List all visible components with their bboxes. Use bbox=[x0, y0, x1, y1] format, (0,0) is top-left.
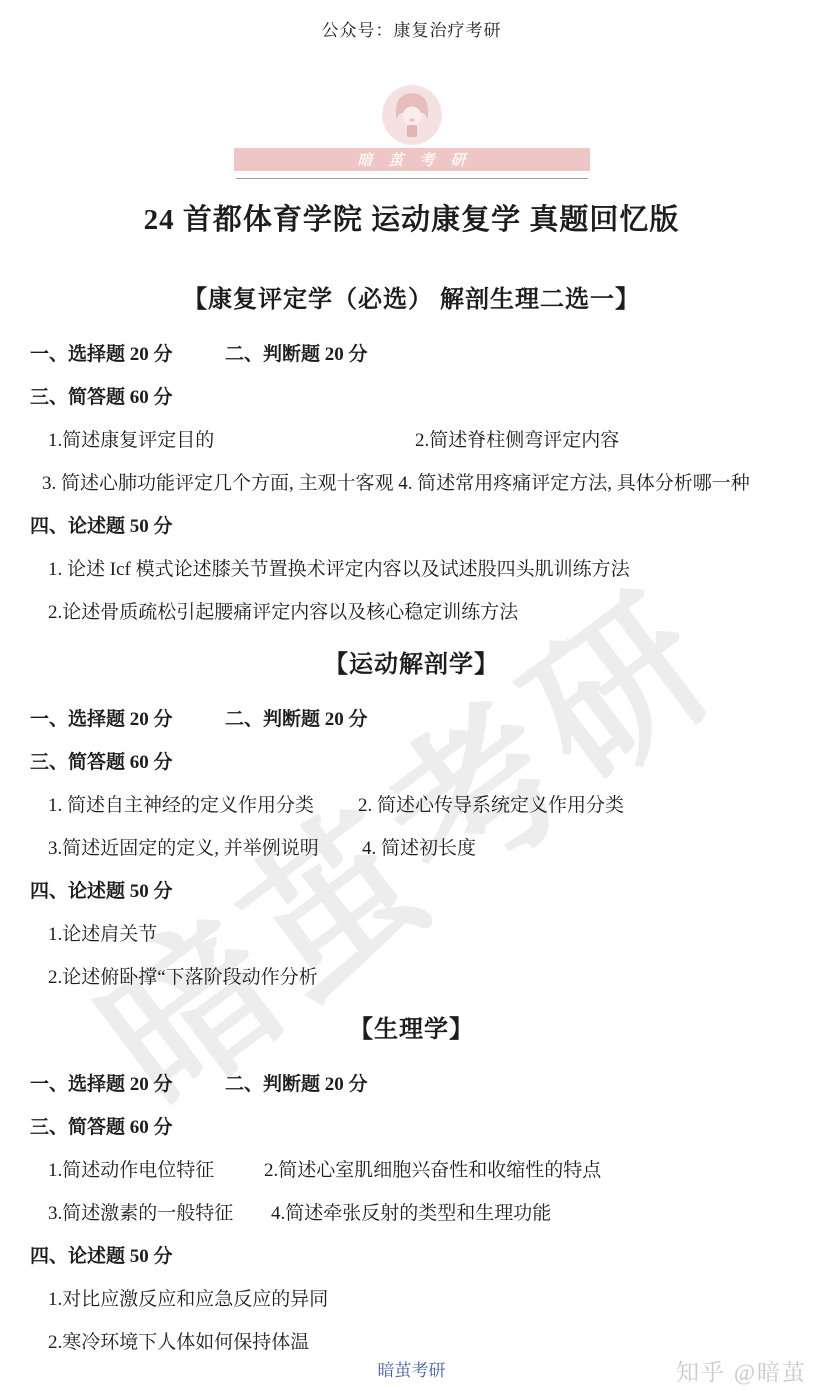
question-type: 二、判断题 20 分 bbox=[225, 1069, 368, 1096]
doc-title: 24 首都体育学院 运动康复学 真题回忆版 bbox=[30, 197, 793, 238]
question-type-row: 四、论述题 50 分 bbox=[30, 868, 793, 911]
question-row: 1.对比应激反应和应急反应的异同 bbox=[30, 1276, 793, 1319]
question-row: 1. 论述 Icf 模式论述膝关节置换术评定内容以及试述股四头肌训练方法 bbox=[30, 546, 793, 589]
question-row: 1.论述肩关节 bbox=[30, 911, 793, 954]
question-type: 四、论述题 50 分 bbox=[30, 1241, 173, 1268]
question-item: 1.简述动作电位特征 bbox=[48, 1155, 264, 1182]
question-item: 2.简述脊柱侧弯评定内容 bbox=[415, 425, 619, 452]
question-item: 1.简述康复评定目的 bbox=[48, 425, 415, 452]
question-row: 2.论述俯卧撑“下落阶段动作分析 bbox=[30, 954, 793, 997]
question-row: 1. 简述自主神经的定义作用分类 2. 简述心传导系统定义作用分类 bbox=[30, 782, 793, 825]
brand-banner-text: 暗茧考研 bbox=[341, 149, 481, 170]
question-item: 2. 简述心传导系统定义作用分类 bbox=[358, 790, 624, 817]
question-type: 一、选择题 20 分 bbox=[30, 339, 225, 366]
question-item: 3.简述近固定的定义, 并举例说明 bbox=[48, 833, 362, 860]
question-type-row: 三、简答题 60 分 bbox=[30, 374, 793, 417]
question-type: 三、简答题 60 分 bbox=[30, 1112, 173, 1139]
question-type-row: 一、选择题 20 分 二、判断题 20 分 bbox=[30, 1061, 793, 1104]
question-type: 四、论述题 50 分 bbox=[30, 511, 173, 538]
question-row: 1.简述康复评定目的 2.简述脊柱侧弯评定内容 bbox=[30, 417, 793, 460]
question-item: 2.论述骨质疏松引起腰痛评定内容以及核心稳定训练方法 bbox=[48, 597, 518, 624]
question-item: 4.简述牵张反射的类型和生理功能 bbox=[271, 1198, 551, 1225]
section-sports-anatomy: 【运动解剖学】 一、选择题 20 分 二、判断题 20 分 三、简答题 60 分… bbox=[30, 640, 793, 997]
question-type: 二、判断题 20 分 bbox=[225, 339, 368, 366]
question-type: 三、简答题 60 分 bbox=[30, 382, 173, 409]
question-type: 二、判断题 20 分 bbox=[225, 704, 368, 731]
question-item: 1. 论述 Icf 模式论述膝关节置换术评定内容以及试述股四头肌训练方法 bbox=[48, 554, 630, 581]
question-type: 三、简答题 60 分 bbox=[30, 747, 173, 774]
question-type: 四、论述题 50 分 bbox=[30, 876, 173, 903]
document-content: 公众号：康复治疗考研 暗茧考研 24 首都体育学院 运动康复学 真题回忆版 【康… bbox=[0, 0, 823, 1362]
question-row: 3.简述激素的一般特征 4.简述牵张反射的类型和生理功能 bbox=[30, 1190, 793, 1233]
question-item: 3.简述激素的一般特征 bbox=[48, 1198, 271, 1225]
section-heading: 【生理学】 bbox=[30, 1005, 793, 1055]
avatar bbox=[382, 85, 442, 145]
question-type-row: 三、简答题 60 分 bbox=[30, 1104, 793, 1147]
banner-divider bbox=[236, 178, 588, 179]
section-physiology: 【生理学】 一、选择题 20 分 二、判断题 20 分 三、简答题 60 分 1… bbox=[30, 1005, 793, 1362]
footer-credit: 知乎 @暗茧 bbox=[676, 1354, 807, 1387]
section-heading: 【康复评定学（必选） 解剖生理二选一】 bbox=[30, 275, 793, 325]
section-rehab-assessment: 【康复评定学（必选） 解剖生理二选一】 一、选择题 20 分 二、判断题 20 … bbox=[30, 275, 793, 632]
question-item: 2.简述心室肌细胞兴奋性和收缩性的特点 bbox=[264, 1155, 601, 1182]
question-item: 1. 简述自主神经的定义作用分类 bbox=[48, 790, 358, 817]
avatar-image bbox=[382, 85, 442, 145]
question-type-row: 四、论述题 50 分 bbox=[30, 503, 793, 546]
question-type-row: 一、选择题 20 分 二、判断题 20 分 bbox=[30, 331, 793, 374]
document-page: 暗茧考研 公众号：康复治疗考研 暗茧考研 24 首都体育学院 运动康复学 真题回… bbox=[0, 0, 823, 1395]
section-heading: 【运动解剖学】 bbox=[30, 640, 793, 690]
question-type-row: 一、选择题 20 分 二、判断题 20 分 bbox=[30, 696, 793, 739]
question-type-row: 四、论述题 50 分 bbox=[30, 1233, 793, 1276]
question-row: 2.论述骨质疏松引起腰痛评定内容以及核心稳定训练方法 bbox=[30, 589, 793, 632]
question-item: 1.论述肩关节 bbox=[48, 919, 157, 946]
question-type-row: 三、简答题 60 分 bbox=[30, 739, 793, 782]
question-item: 4. 简述初长度 bbox=[362, 833, 476, 860]
question-row: 3.简述近固定的定义, 并举例说明 4. 简述初长度 bbox=[30, 825, 793, 868]
question-row: 1.简述动作电位特征 2.简述心室肌细胞兴奋性和收缩性的特点 bbox=[30, 1147, 793, 1190]
question-item: 2.寒冷环境下人体如何保持体温 bbox=[48, 1327, 309, 1354]
account-label: 公众号：康复治疗考研 bbox=[30, 16, 793, 41]
question-type: 一、选择题 20 分 bbox=[30, 1069, 225, 1096]
question-type: 一、选择题 20 分 bbox=[30, 704, 225, 731]
question-item: 3. 简述心肺功能评定几个方面, 主观十客观 4. 简述常用疼痛评定方法, 具体… bbox=[42, 468, 750, 495]
question-row: 3. 简述心肺功能评定几个方面, 主观十客观 4. 简述常用疼痛评定方法, 具体… bbox=[30, 460, 793, 503]
question-item: 1.对比应激反应和应急反应的异同 bbox=[48, 1284, 328, 1311]
question-item: 2.论述俯卧撑“下落阶段动作分析 bbox=[48, 962, 318, 989]
brand-banner: 暗茧考研 bbox=[234, 148, 590, 171]
